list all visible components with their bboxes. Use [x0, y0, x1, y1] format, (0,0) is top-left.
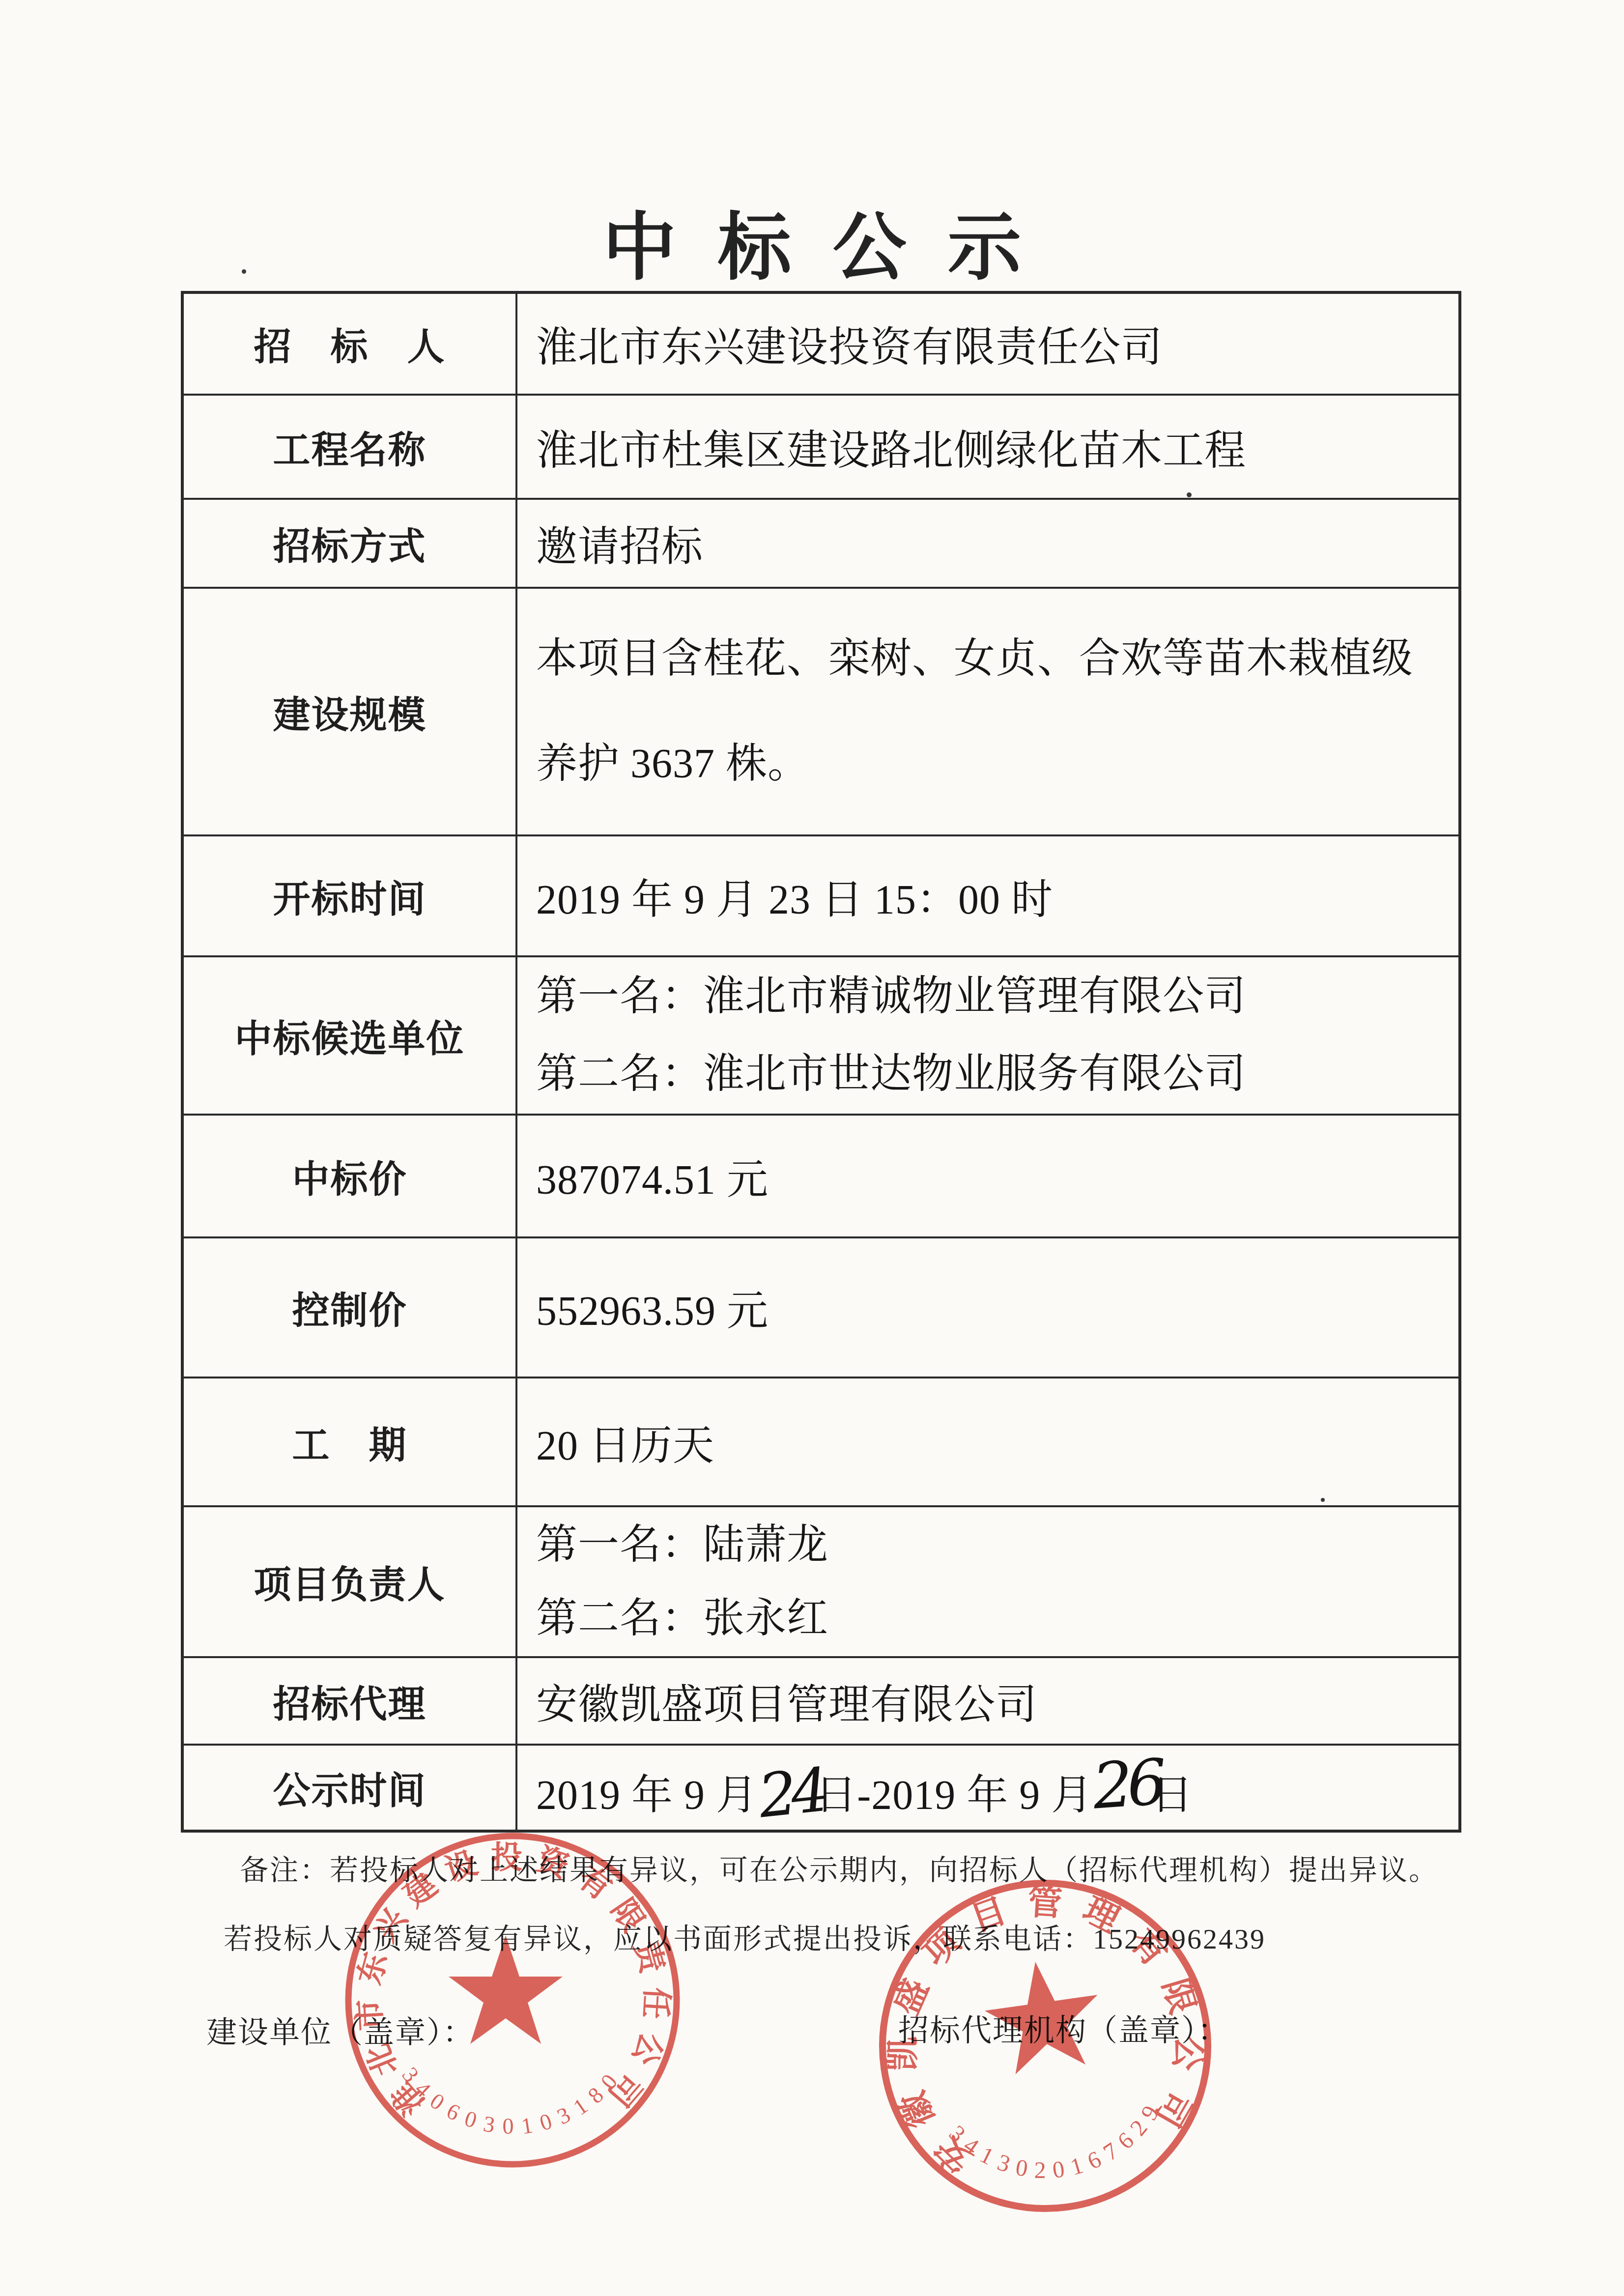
value-line: 552963.59 元	[536, 1278, 1458, 1337]
svg-text:3406030103180: 3406030103180	[397, 2063, 627, 2139]
table-row-bidding-agent: 招标代理 安徽凯盛项目管理有限公司	[182, 1657, 1460, 1745]
row-label-publicity-period: 公示时间	[182, 1745, 516, 1831]
table-row-project-manager: 项目负责人 第一名：陆萧龙 第二名：张永红	[182, 1506, 1460, 1657]
table-row-duration: 工 期 20 日历天	[182, 1378, 1460, 1506]
value-line: 2019 年 9 月 23 日 15：00 时	[536, 866, 1458, 926]
handwritten-end-day: 26	[1090, 1746, 1164, 1823]
value-line: 387074.51 元	[536, 1147, 1458, 1206]
table-row-bidding-method: 招标方式 邀请招标	[182, 499, 1460, 588]
row-label-duration: 工 期	[182, 1378, 516, 1506]
value-line: 养护 3637 株。	[536, 712, 1458, 817]
table-row-winning-price: 中标价 387074.51 元	[182, 1115, 1460, 1237]
value-line: 第一名：陆萧龙	[536, 1508, 1458, 1582]
row-value-bidding-agent: 安徽凯盛项目管理有限公司	[516, 1657, 1460, 1745]
row-label-tenderee: 招 标 人	[182, 292, 516, 395]
value-line: 第二名：张永红	[536, 1582, 1458, 1656]
row-label-winning-price: 中标价	[182, 1115, 516, 1237]
publicity-date-prefix: 2019 年 9 月	[536, 1773, 758, 1818]
value-line: 淮北市杜集区建设路北侧绿化苗木工程	[536, 417, 1458, 477]
svg-text:3413020167629: 3413020167629	[941, 2092, 1176, 2198]
document-page: 中标公示 招 标 人 淮北市东兴建设投资有限责任公司 工程名称 淮北市杜集区建设…	[0, 0, 1624, 2296]
table-row-construction-scale: 建设规模 本项目含桂花、栾树、女贞、合欢等苗木栽植级 养护 3637 株。	[182, 588, 1460, 835]
row-value-winning-candidates: 第一名：淮北市精诚物业管理有限公司 第二名：淮北市世达物业服务有限公司	[516, 956, 1460, 1115]
value-line: 第一名：淮北市精诚物业管理有限公司	[536, 958, 1458, 1035]
seal-number-text: 3406030103180	[397, 2063, 627, 2139]
star-icon	[449, 1935, 563, 2044]
row-value-control-price: 552963.59 元	[516, 1237, 1460, 1378]
table-row-tenderee: 招 标 人 淮北市东兴建设投资有限责任公司	[182, 292, 1460, 395]
row-label-construction-scale: 建设规模	[182, 588, 516, 835]
publicity-date-mid: 日-2019 年 9 月	[815, 1773, 1093, 1818]
row-label-bidding-agent: 招标代理	[182, 1657, 516, 1745]
row-value-publicity-period: 2019 年 9 月24日-2019 年 9 月26日	[516, 1745, 1460, 1831]
row-value-bid-opening-time: 2019 年 9 月 23 日 15：00 时	[516, 835, 1460, 956]
row-label-control-price: 控制价	[182, 1237, 516, 1378]
construction-unit-round-seal: 淮北市东兴建设投资有限责任公司 3406030103180	[336, 1823, 689, 2177]
row-value-construction-scale: 本项目含桂花、栾树、女贞、合欢等苗木栽植级 养护 3637 株。	[516, 588, 1460, 835]
row-label-winning-candidates: 中标候选单位	[182, 956, 516, 1115]
row-value-winning-price: 387074.51 元	[516, 1115, 1460, 1237]
seal-number-text: 3413020167629	[941, 2092, 1176, 2198]
row-value-duration: 20 日历天	[516, 1378, 1460, 1506]
row-label-project-manager: 项目负责人	[182, 1506, 516, 1657]
row-label-bid-opening-time: 开标时间	[182, 835, 516, 956]
value-line: 20 日历天	[536, 1412, 1458, 1472]
row-value-project-name: 淮北市杜集区建设路北侧绿化苗木工程	[516, 395, 1460, 499]
row-value-tenderee: 淮北市东兴建设投资有限责任公司	[516, 292, 1460, 395]
scan-speck	[1321, 1498, 1325, 1502]
scan-speck	[1187, 492, 1192, 497]
handwritten-start-day: 24	[755, 1755, 826, 1831]
table-row-control-price: 控制价 552963.59 元	[182, 1237, 1460, 1378]
table-row-project-name: 工程名称 淮北市杜集区建设路北侧绿化苗木工程	[182, 395, 1460, 499]
row-label-project-name: 工程名称	[182, 395, 516, 499]
value-line: 本项目含桂花、栾树、女贞、合欢等苗木栽植级	[536, 606, 1458, 712]
table-row-publicity-period: 公示时间 2019 年 9 月24日-2019 年 9 月26日	[182, 1745, 1460, 1831]
row-label-bidding-method: 招标方式	[182, 499, 516, 588]
value-line: 淮北市东兴建设投资有限责任公司	[536, 314, 1458, 373]
bid-announcement-table: 招 标 人 淮北市东兴建设投资有限责任公司 工程名称 淮北市杜集区建设路北侧绿化…	[181, 291, 1461, 1833]
star-icon	[979, 1954, 1107, 2077]
scan-speck	[242, 269, 246, 274]
value-line: 邀请招标	[536, 514, 1458, 573]
bidding-agency-round-seal: 安徽凯盛项目管理有限公司 3413020167629	[868, 1869, 1222, 2223]
row-value-bidding-method: 邀请招标	[516, 499, 1460, 588]
table-row-bid-opening-time: 开标时间 2019 年 9 月 23 日 15：00 时	[182, 835, 1460, 956]
page-title: 中标公示	[0, 188, 1624, 294]
row-value-project-manager: 第一名：陆萧龙 第二名：张永红	[516, 1506, 1460, 1657]
value-line: 第二名：淮北市世达物业服务有限公司	[536, 1035, 1458, 1113]
table-row-winning-candidates: 中标候选单位 第一名：淮北市精诚物业管理有限公司 第二名：淮北市世达物业服务有限…	[182, 956, 1460, 1115]
value-line: 安徽凯盛项目管理有限公司	[536, 1671, 1458, 1731]
